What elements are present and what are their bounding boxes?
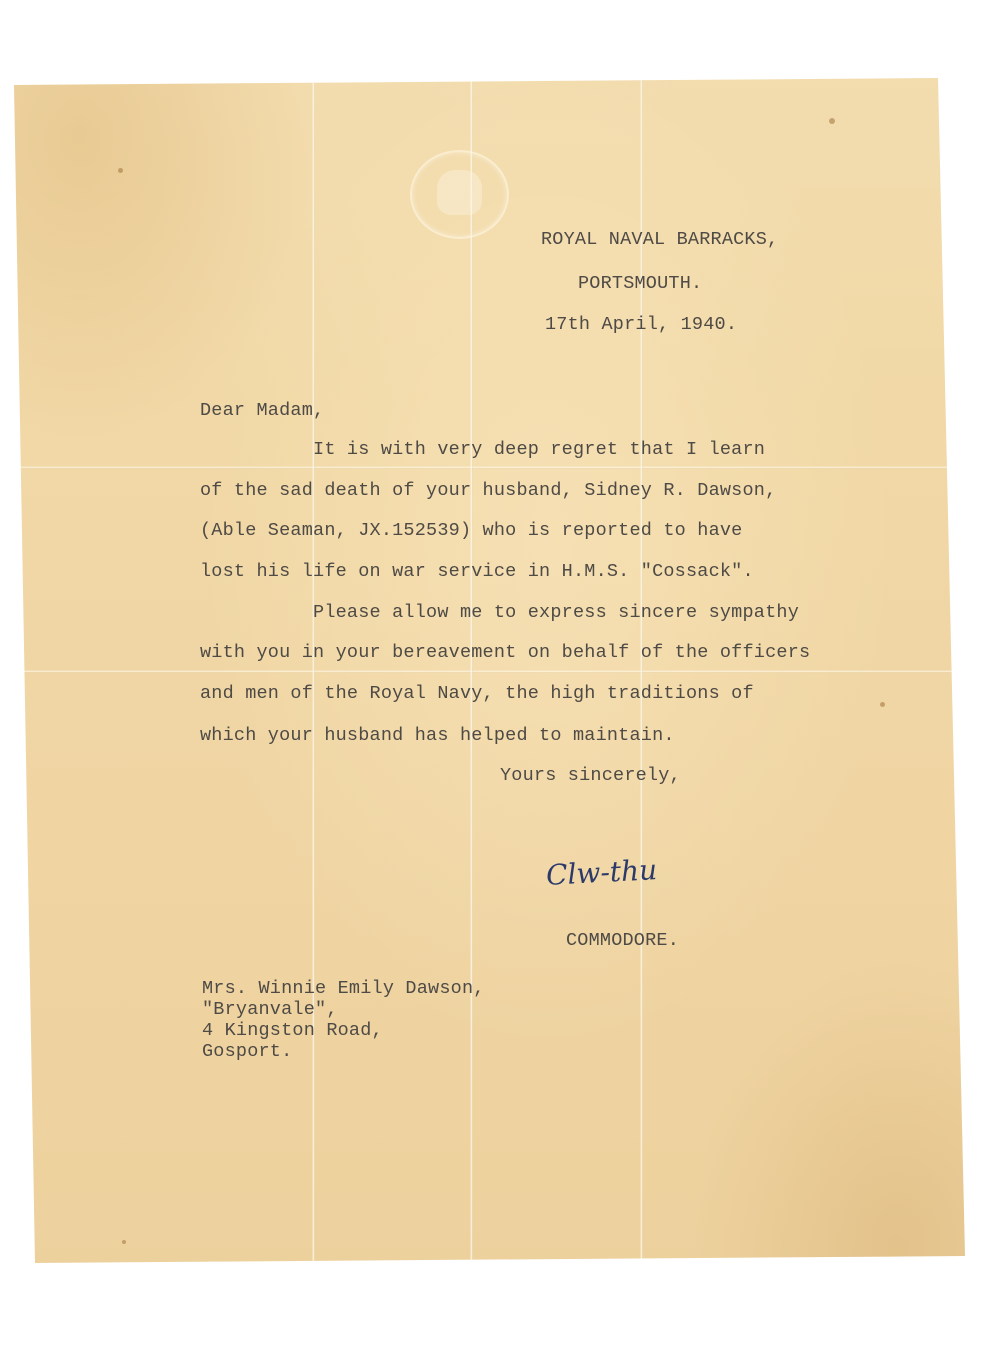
salutation: Dear Madam, xyxy=(200,400,324,421)
fold-crease-horizontal xyxy=(0,466,997,469)
stain-spot xyxy=(118,168,123,173)
letter-paper: ROYAL NAVAL BARRACKS, PORTSMOUTH. 17th A… xyxy=(0,0,997,1350)
letterhead-city: PORTSMOUTH. xyxy=(578,273,702,294)
body-line: which your husband has helped to maintai… xyxy=(200,725,675,746)
body-line: Please allow me to express sincere sympa… xyxy=(200,602,799,623)
signatory-title: COMMODORE. xyxy=(566,930,679,951)
fold-crease-horizontal xyxy=(0,670,997,673)
body-line: and men of the Royal Navy, the high trad… xyxy=(200,683,754,704)
body-line: with you in your bereavement on behalf o… xyxy=(200,642,810,663)
embossed-crest-icon xyxy=(410,150,509,239)
recipient-town: Gosport. xyxy=(202,1041,292,1063)
stain-spot xyxy=(880,702,885,707)
closing: Yours sincerely, xyxy=(500,765,681,786)
body-line: It is with very deep regret that I learn xyxy=(200,439,765,460)
letter-date: 17th April, 1940. xyxy=(545,314,737,335)
letterhead-institution: ROYAL NAVAL BARRACKS, xyxy=(541,229,778,250)
stain-spot xyxy=(829,118,835,124)
recipient-street: 4 Kingston Road, xyxy=(202,1020,383,1042)
body-line: lost his life on war service in H.M.S. "… xyxy=(200,561,754,582)
recipient-house: "Bryanvale", xyxy=(202,999,338,1021)
body-line: (Able Seaman, JX.152539) who is reported… xyxy=(200,520,743,541)
fold-crease-vertical xyxy=(312,0,315,1350)
fold-crease-vertical xyxy=(640,0,643,1350)
stain-spot xyxy=(122,1240,126,1244)
body-line: of the sad death of your husband, Sidney… xyxy=(200,480,776,501)
handwritten-signature: Clw-thu xyxy=(545,853,658,892)
recipient-name: Mrs. Winnie Emily Dawson, xyxy=(202,978,485,1000)
